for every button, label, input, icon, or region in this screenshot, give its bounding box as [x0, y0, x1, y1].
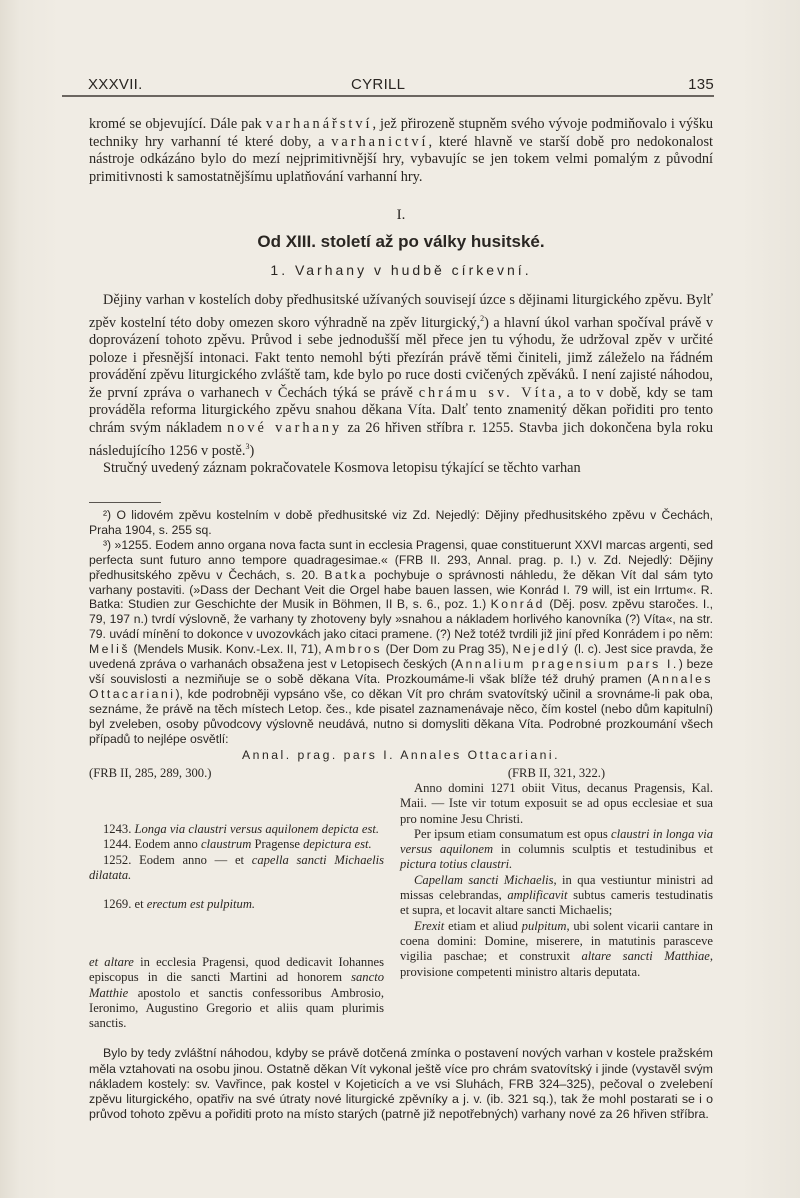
annal-prag-continuation: et altare in ecclesia Pragensi, quod ded…: [89, 955, 384, 1031]
section-title: Od XIII. století až po války husitské.: [89, 233, 713, 251]
header-rule: [62, 95, 714, 97]
year: 1252.: [103, 853, 131, 867]
author-name: Meliš: [89, 642, 130, 656]
left-ref: (FRB II, 285, 289, 300.): [89, 766, 384, 781]
entry-1244: 1244. Eodem anno claustrum Pragense depi…: [89, 837, 384, 852]
year: 1244.: [103, 837, 131, 851]
text: (Mendels Musik. Konv.-Lex. II, 71),: [130, 642, 325, 656]
comparison-heading: Annal. prag. pars I. Annales Ottacariani…: [89, 748, 713, 763]
text: Eodem anno: [135, 837, 201, 851]
latin-italic: altare sancti Matthiae: [581, 949, 709, 963]
text: Anno domini 1271 obiit Vitus, decanus Pr…: [400, 781, 713, 826]
page-number: 135: [688, 76, 714, 93]
footnote-2: ²) O lidovém zpěvu kostelním v době před…: [89, 508, 713, 538]
text: ): [249, 442, 254, 458]
closing-paragraph: Bylo by tedy zvláštní náhodou, kdyby se …: [89, 1034, 713, 1135]
text: apostolo et sanctis confessoribus Ambros…: [89, 986, 384, 1031]
entry-1243: 1243. Longa via claustri versus aquilone…: [89, 822, 384, 837]
author-name: Batka: [324, 568, 368, 582]
footnote-rule: [89, 502, 161, 503]
text: in ecclesia Pragensi, quod dedicavit Ioh…: [89, 955, 384, 984]
running-header: XXXVII. CYRILL 135: [88, 76, 714, 94]
section-number: I.: [89, 207, 713, 225]
latin-italic: depictura est.: [303, 837, 372, 851]
latin-italic: erectum est pulpitum.: [147, 897, 255, 911]
latin-italic: claustrum: [201, 837, 251, 851]
text: Eodem anno — et: [139, 853, 252, 867]
text: kromé se objevující. Dále pak: [89, 116, 266, 132]
text: Bylo by tedy zvláštní náhodou, kdyby se …: [89, 1046, 713, 1122]
text: et: [135, 897, 147, 911]
author-name: Nejedlý: [512, 642, 570, 656]
latin-italic: et altare: [89, 955, 134, 969]
entry-1252: 1252. Eodem anno — et capella sancti Mic…: [89, 853, 384, 884]
author-name: Konrád: [491, 597, 545, 611]
right-ref: (FRB II, 321, 322.): [400, 766, 713, 781]
latin-italic: Longa via claustri versus aquilonem depi…: [135, 822, 380, 836]
ottacariani-paragraph: Per ipsum etiam consumatum est opus clau…: [400, 827, 713, 873]
paragraph-2: Stručný uvedený záznam pokračovatele Kos…: [89, 460, 713, 478]
annales-ottacariani-column: Anno domini 1271 obiit Vitus, decanus Pr…: [400, 781, 713, 980]
intro-paragraph: kromé se objevující. Dále pak varhanářst…: [89, 116, 713, 186]
emphasis-term: nové varhany: [227, 420, 342, 436]
running-title: CYRILL: [351, 76, 405, 93]
ottacariani-paragraph: Erexit etiam et aliud pulpitum, ubi sole…: [400, 919, 713, 980]
paragraph-1: Dějiny varhan v kostelích doby předhusit…: [89, 292, 713, 477]
book-page: XXXVII. CYRILL 135 kromé se objevující. …: [0, 0, 800, 1198]
author-name: Ambros: [325, 642, 382, 656]
latin-italic: Erexit: [414, 919, 444, 933]
latin-italic: pulpitum: [522, 919, 567, 933]
text: ), kde podrobněji vypsáno vše, co děkan …: [89, 687, 713, 746]
source-name: Annalium pragensium pars I.: [455, 657, 679, 671]
subsection-title: 1. Varhany v hudbě církevní.: [89, 262, 713, 280]
text: Per ipsum etiam consumatum est opus: [414, 827, 611, 841]
ottacariani-paragraph: Capellam sancti Michaelis, in qua vestiu…: [400, 873, 713, 919]
annal-prag-column: 1243. Longa via claustri versus aquilone…: [89, 822, 384, 912]
emphasis-term: varhanářství: [266, 116, 373, 132]
footnotes: ²) O lidovém zpěvu kostelním v době před…: [89, 508, 713, 762]
emphasis-term: chrámu sv. Víta: [419, 385, 558, 401]
text: etiam et aliud: [444, 919, 521, 933]
year: 1269.: [103, 897, 131, 911]
chapter-number: XXXVII.: [88, 76, 143, 93]
footnote-3: ³) »1255. Eodem anno organa nova facta s…: [89, 538, 713, 747]
latin-italic: pictura totius claustri.: [400, 857, 512, 871]
text: Pragense: [251, 837, 303, 851]
latin-italic: Capellam sancti Michaelis: [414, 873, 554, 887]
entry-1269: 1269. et erectum est pulpitum.: [89, 897, 384, 912]
text: (Der Dom zu Prag 35),: [382, 642, 512, 656]
latin-italic: amplificavit: [507, 888, 567, 902]
ottacariani-paragraph: Anno domini 1271 obiit Vitus, decanus Pr…: [400, 781, 713, 827]
year: 1243.: [103, 822, 131, 836]
text: in columnis sculptis et testudinibus et: [493, 842, 713, 856]
emphasis-term: varhanictví: [331, 134, 428, 150]
